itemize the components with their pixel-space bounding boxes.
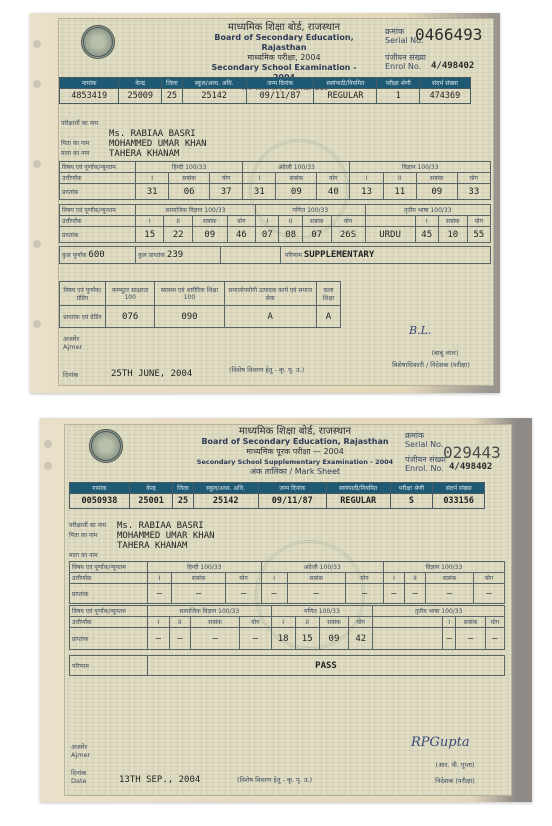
result-label: परिणाम <box>285 252 302 259</box>
mark-value: – <box>287 584 345 604</box>
issue-date: 25TH JUNE, 2004 <box>111 369 192 379</box>
subject-english: अंग्रेजी 100/33 <box>243 162 350 173</box>
district: 25 <box>162 89 182 104</box>
header-status: स्वयंपाठी/नियमित <box>314 78 377 89</box>
exam-name-hindi: माध्यमिक परीक्षा, 2004 <box>199 53 369 63</box>
candidate-status: REGULAR <box>326 494 390 509</box>
obtained-marks: 239 <box>167 250 183 260</box>
computer-literacy-marks: 076 <box>106 306 155 328</box>
marks-table-2: विषय एवं पूर्णांक/न्यूनतम सामाजिक विज्ञा… <box>69 605 505 650</box>
mark-total: – <box>473 584 504 604</box>
board-logo-icon <box>81 25 115 59</box>
board-header: माध्यमिक शिक्षा बोर्ड, राजस्थान Board of… <box>195 427 395 477</box>
serial-number: 0466493 <box>415 25 482 44</box>
header-division: परीक्षा श्रेणी <box>377 78 419 89</box>
mark-value: 15 <box>295 628 319 650</box>
candidate-name-label: परीक्षार्थी का नाम <box>61 119 109 129</box>
total-marks: 600 <box>88 250 104 260</box>
mark-value: – <box>456 628 486 650</box>
subject-science: विज्ञान 100/33 <box>383 562 504 573</box>
mother-name: TAHERA KHANAM <box>109 149 179 159</box>
obtained-label: कुल प्राप्तांक <box>138 252 165 259</box>
header-division: परीक्षा श्रेणी <box>390 483 433 494</box>
centre: 25009 <box>119 89 162 104</box>
school-code: 25142 <box>193 494 258 509</box>
date-label: दिनांक <box>63 371 78 379</box>
subject-english: अंग्रेजी 100/33 <box>261 562 383 573</box>
candidate-id-table: नामांक केन्द्र जिला स्कूल/अध्य. अधि. जन्… <box>59 77 471 104</box>
enrol-number: 4/498402 <box>431 61 474 71</box>
candidate-name-label: परीक्षार्थी का नाम <box>69 521 117 531</box>
total-label: कुल पूर्णांक <box>62 252 87 259</box>
punch-hole <box>44 462 52 470</box>
mark-value: – <box>191 628 240 650</box>
mark-value: 09 <box>416 184 457 200</box>
reference-number: 474369 <box>419 89 470 104</box>
mark-value: – <box>148 584 172 604</box>
header-centre: केन्द्र <box>119 78 162 89</box>
header-reference: संदर्भ संख्या <box>419 78 470 89</box>
mark-total: 40 <box>317 184 350 200</box>
mark-value: – <box>261 584 287 604</box>
mark-value: – <box>443 628 456 650</box>
district: 25 <box>173 494 194 509</box>
punch-hole <box>33 320 41 328</box>
enrol-number: 4/498402 <box>449 462 492 472</box>
mark-value: 18 <box>271 628 295 650</box>
mark-value: – <box>172 584 226 604</box>
physical-education-marks: 090 <box>155 306 224 328</box>
candidate-id-table: नामांक केन्द्र जिला स्कूल/अध्य. अधि. जन्… <box>69 482 485 509</box>
serial-label: क्रमांकSerial No. <box>405 431 443 449</box>
subject-social-science: सामाजिक विज्ञान 100/33 <box>136 205 256 216</box>
subject-mathematics: गणित 100/33 <box>256 205 365 216</box>
art-education-grade: A <box>316 306 340 328</box>
place: अजमेरAjmer <box>71 743 90 759</box>
mark-value: 15 <box>136 227 164 243</box>
mark-total: – <box>345 584 383 604</box>
board-name-english: Board of Secondary Education, Rajasthan <box>199 33 369 53</box>
father-name-label: पिता का नाम <box>61 139 109 149</box>
header-centre: केन्द्र <box>129 483 172 494</box>
mark-value: 31 <box>136 184 169 200</box>
board-name-english: Board of Secondary Education, Rajasthan <box>195 437 395 447</box>
marksheet-main-exam: माध्यमिक शिक्षा बोर्ड, राजस्थान Board of… <box>58 18 494 386</box>
mark-total: 37 <box>210 184 243 200</box>
exam-name-hindi: माध्यमिक पूरक परीक्षा — 2004 <box>195 447 395 457</box>
header-roll-no: नामांक <box>60 78 119 89</box>
reverse-note: (विशेष विवरण हेतु - कृ. पृ. उ.) <box>237 776 312 784</box>
mark-total: 46 <box>227 227 255 243</box>
result-value: PASS <box>148 656 505 676</box>
punch-hole <box>33 160 41 168</box>
result-label: परिणाम <box>70 656 148 676</box>
punch-hole <box>33 240 41 248</box>
marks-table: विषय एवं पूर्णांक/न्यूनतम हिन्दी 100/33 … <box>59 161 491 200</box>
father-name-label: पिता का नाम <box>69 531 117 541</box>
signature: RPGupta <box>411 735 470 750</box>
document-type: अंक तालिका / Mark Sheet <box>195 467 395 477</box>
third-language-name: URDU <box>365 227 415 243</box>
punch-hole <box>33 80 41 88</box>
exam-division: S <box>390 494 433 509</box>
serial-number: 029443 <box>443 443 501 462</box>
header-art-education: कला शिक्षा <box>316 282 340 306</box>
mark-value: 31 <box>243 184 276 200</box>
reference-number: 033156 <box>433 494 485 509</box>
subject-hindi: हिन्दी 100/33 <box>136 162 243 173</box>
exam-division: 1 <box>377 89 419 104</box>
date-of-birth: 09/11/87 <box>258 494 326 509</box>
punch-hole <box>44 440 52 448</box>
header-reference: संदर्भ संख्या <box>433 483 485 494</box>
father-name: MOHAMMED UMAR KHAN <box>117 531 215 541</box>
subject-science: विज्ञान 100/33 <box>350 162 491 173</box>
date-of-birth: 09/11/87 <box>246 89 314 104</box>
mark-value: 09 <box>319 628 349 650</box>
signatory-name: (बाबू लाल) <box>405 349 485 357</box>
father-name: MOHAMMED UMAR KHAN <box>109 139 207 149</box>
mark-value: – <box>169 628 191 650</box>
issue-date: 13TH SEP., 2004 <box>119 775 200 785</box>
mark-value: 11 <box>383 184 416 200</box>
mark-value: 06 <box>169 184 210 200</box>
mark-value: 07 <box>302 227 331 243</box>
mark-value: 09 <box>276 184 317 200</box>
mark-total: 26S <box>331 227 365 243</box>
enrol-label: पंजीयन संख्याEnrol. No. <box>405 455 446 473</box>
mother-name: TAHERA KHANAM <box>117 541 187 551</box>
place: अजमेरAjmer <box>63 335 82 351</box>
header-school: स्कूल/अध्य. अधि. <box>193 483 258 494</box>
mark-value: 09 <box>192 227 227 243</box>
date-label: दिनांकDate <box>71 769 87 785</box>
subject-third-language: तृतीय भाषा 100/33 <box>373 606 505 617</box>
mark-value: – <box>426 584 474 604</box>
mark-total: – <box>226 584 261 604</box>
signatory-name: (आर. पी. गुप्ता) <box>415 761 495 769</box>
additional-subjects-table: विषय एवं पूर्णांक/ग्रेडिंग कम्प्यूटर साक… <box>59 281 341 328</box>
header-physical-education: स्वास्थ्य एवं शारीरिक शिक्षा 100 <box>155 282 224 306</box>
header-supw: समाजोपयोगी उत्पादक कार्य एवं समाज सेवा <box>224 282 316 306</box>
header-school: स्कूल/अध्य. अधि. <box>182 78 246 89</box>
mark-value: – <box>383 584 404 604</box>
result-value: SUPPLEMENTARY <box>304 250 374 260</box>
mark-value: 45 <box>415 227 438 243</box>
board-name-hindi: माध्यमिक शिक्षा बोर्ड, राजस्थान <box>195 427 395 437</box>
result-row: कुल पूर्णांक 600 कुल प्राप्तांक 239 परिण… <box>59 246 491 264</box>
centre: 25001 <box>129 494 172 509</box>
third-language-name <box>373 628 443 650</box>
mother-name-label: माता का नाम <box>61 149 109 159</box>
marksheet-supplementary-exam: माध्यमिक शिक्षा बोर्ड, राजस्थान Board of… <box>64 424 512 796</box>
result-row: परिणाम PASS <box>69 655 505 676</box>
roll-no: 0050938 <box>70 494 130 509</box>
mark-value: – <box>405 584 426 604</box>
header-status: स्वयंपाठी/नियमित <box>326 483 390 494</box>
board-name-hindi: माध्यमिक शिक्षा बोर्ड, राजस्थान <box>199 23 369 33</box>
mark-value: 22 <box>164 227 192 243</box>
header-dob: जन्म दिनांक <box>246 78 314 89</box>
subject-third-language: तृतीय भाषा 100/33 <box>365 205 490 216</box>
header-dob: जन्म दिनांक <box>258 483 326 494</box>
punch-hole <box>33 40 41 48</box>
signatory-title: विशेषाधिकारी / निदेशक (परीक्षा) <box>369 361 493 369</box>
subject-hindi: हिन्दी 100/33 <box>148 562 262 573</box>
candidate-name: Ms. RABIAA BASRI <box>109 129 196 139</box>
candidate-names: परीक्षार्थी का नामMs. RABIAA BASRI पिता … <box>69 521 215 561</box>
marks-table-2: विषय एवं पूर्णांक/न्यूनतम सामाजिक विज्ञा… <box>59 204 491 243</box>
header-roll-no: नामांक <box>70 483 130 494</box>
exam-name-english: Secondary School Supplementary Examinati… <box>195 457 395 467</box>
marks-table: विषय एवं पूर्णांक/न्यूनतम हिन्दी 100/33 … <box>69 561 505 604</box>
signature: B.L. <box>409 324 431 337</box>
header-district: जिला <box>173 483 194 494</box>
mark-total: – <box>485 628 504 650</box>
mother-name-label: माता का नाम <box>69 551 117 561</box>
mark-value: 08 <box>279 227 302 243</box>
candidate-status: REGULAR <box>314 89 377 104</box>
subject-mathematics: गणित 100/33 <box>271 606 373 617</box>
board-logo-icon <box>89 429 123 463</box>
mark-total: – <box>239 628 271 650</box>
candidate-names: परीक्षार्थी का नाम Ms. RABIAA BASRI पिता… <box>61 119 207 159</box>
mark-value: 13 <box>350 184 383 200</box>
mark-total: 42 <box>349 628 373 650</box>
roll-no: 4853419 <box>60 89 119 104</box>
header-computer-literacy: कम्प्यूटर साक्षरता 100 <box>106 282 155 306</box>
subject-social-science: सामाजिक विज्ञान 100/33 <box>148 606 272 617</box>
candidate-name: Ms. RABIAA BASRI <box>117 521 204 531</box>
signatory-title: निदेशक (परीक्षा) <box>415 777 495 785</box>
mark-total: 55 <box>467 227 490 243</box>
enrol-label: पंजीयन संख्याEnrol No. <box>385 53 426 71</box>
reverse-note: (विशेष विवरण हेतु - कृ. पृ. उ.) <box>229 366 304 374</box>
mark-value: 07 <box>256 227 279 243</box>
school-code: 25142 <box>182 89 246 104</box>
mark-total: 33 <box>457 184 490 200</box>
header-district: जिला <box>162 78 182 89</box>
mark-value: – <box>148 628 170 650</box>
mark-value: 10 <box>438 227 467 243</box>
supw-grade: A <box>224 306 316 328</box>
